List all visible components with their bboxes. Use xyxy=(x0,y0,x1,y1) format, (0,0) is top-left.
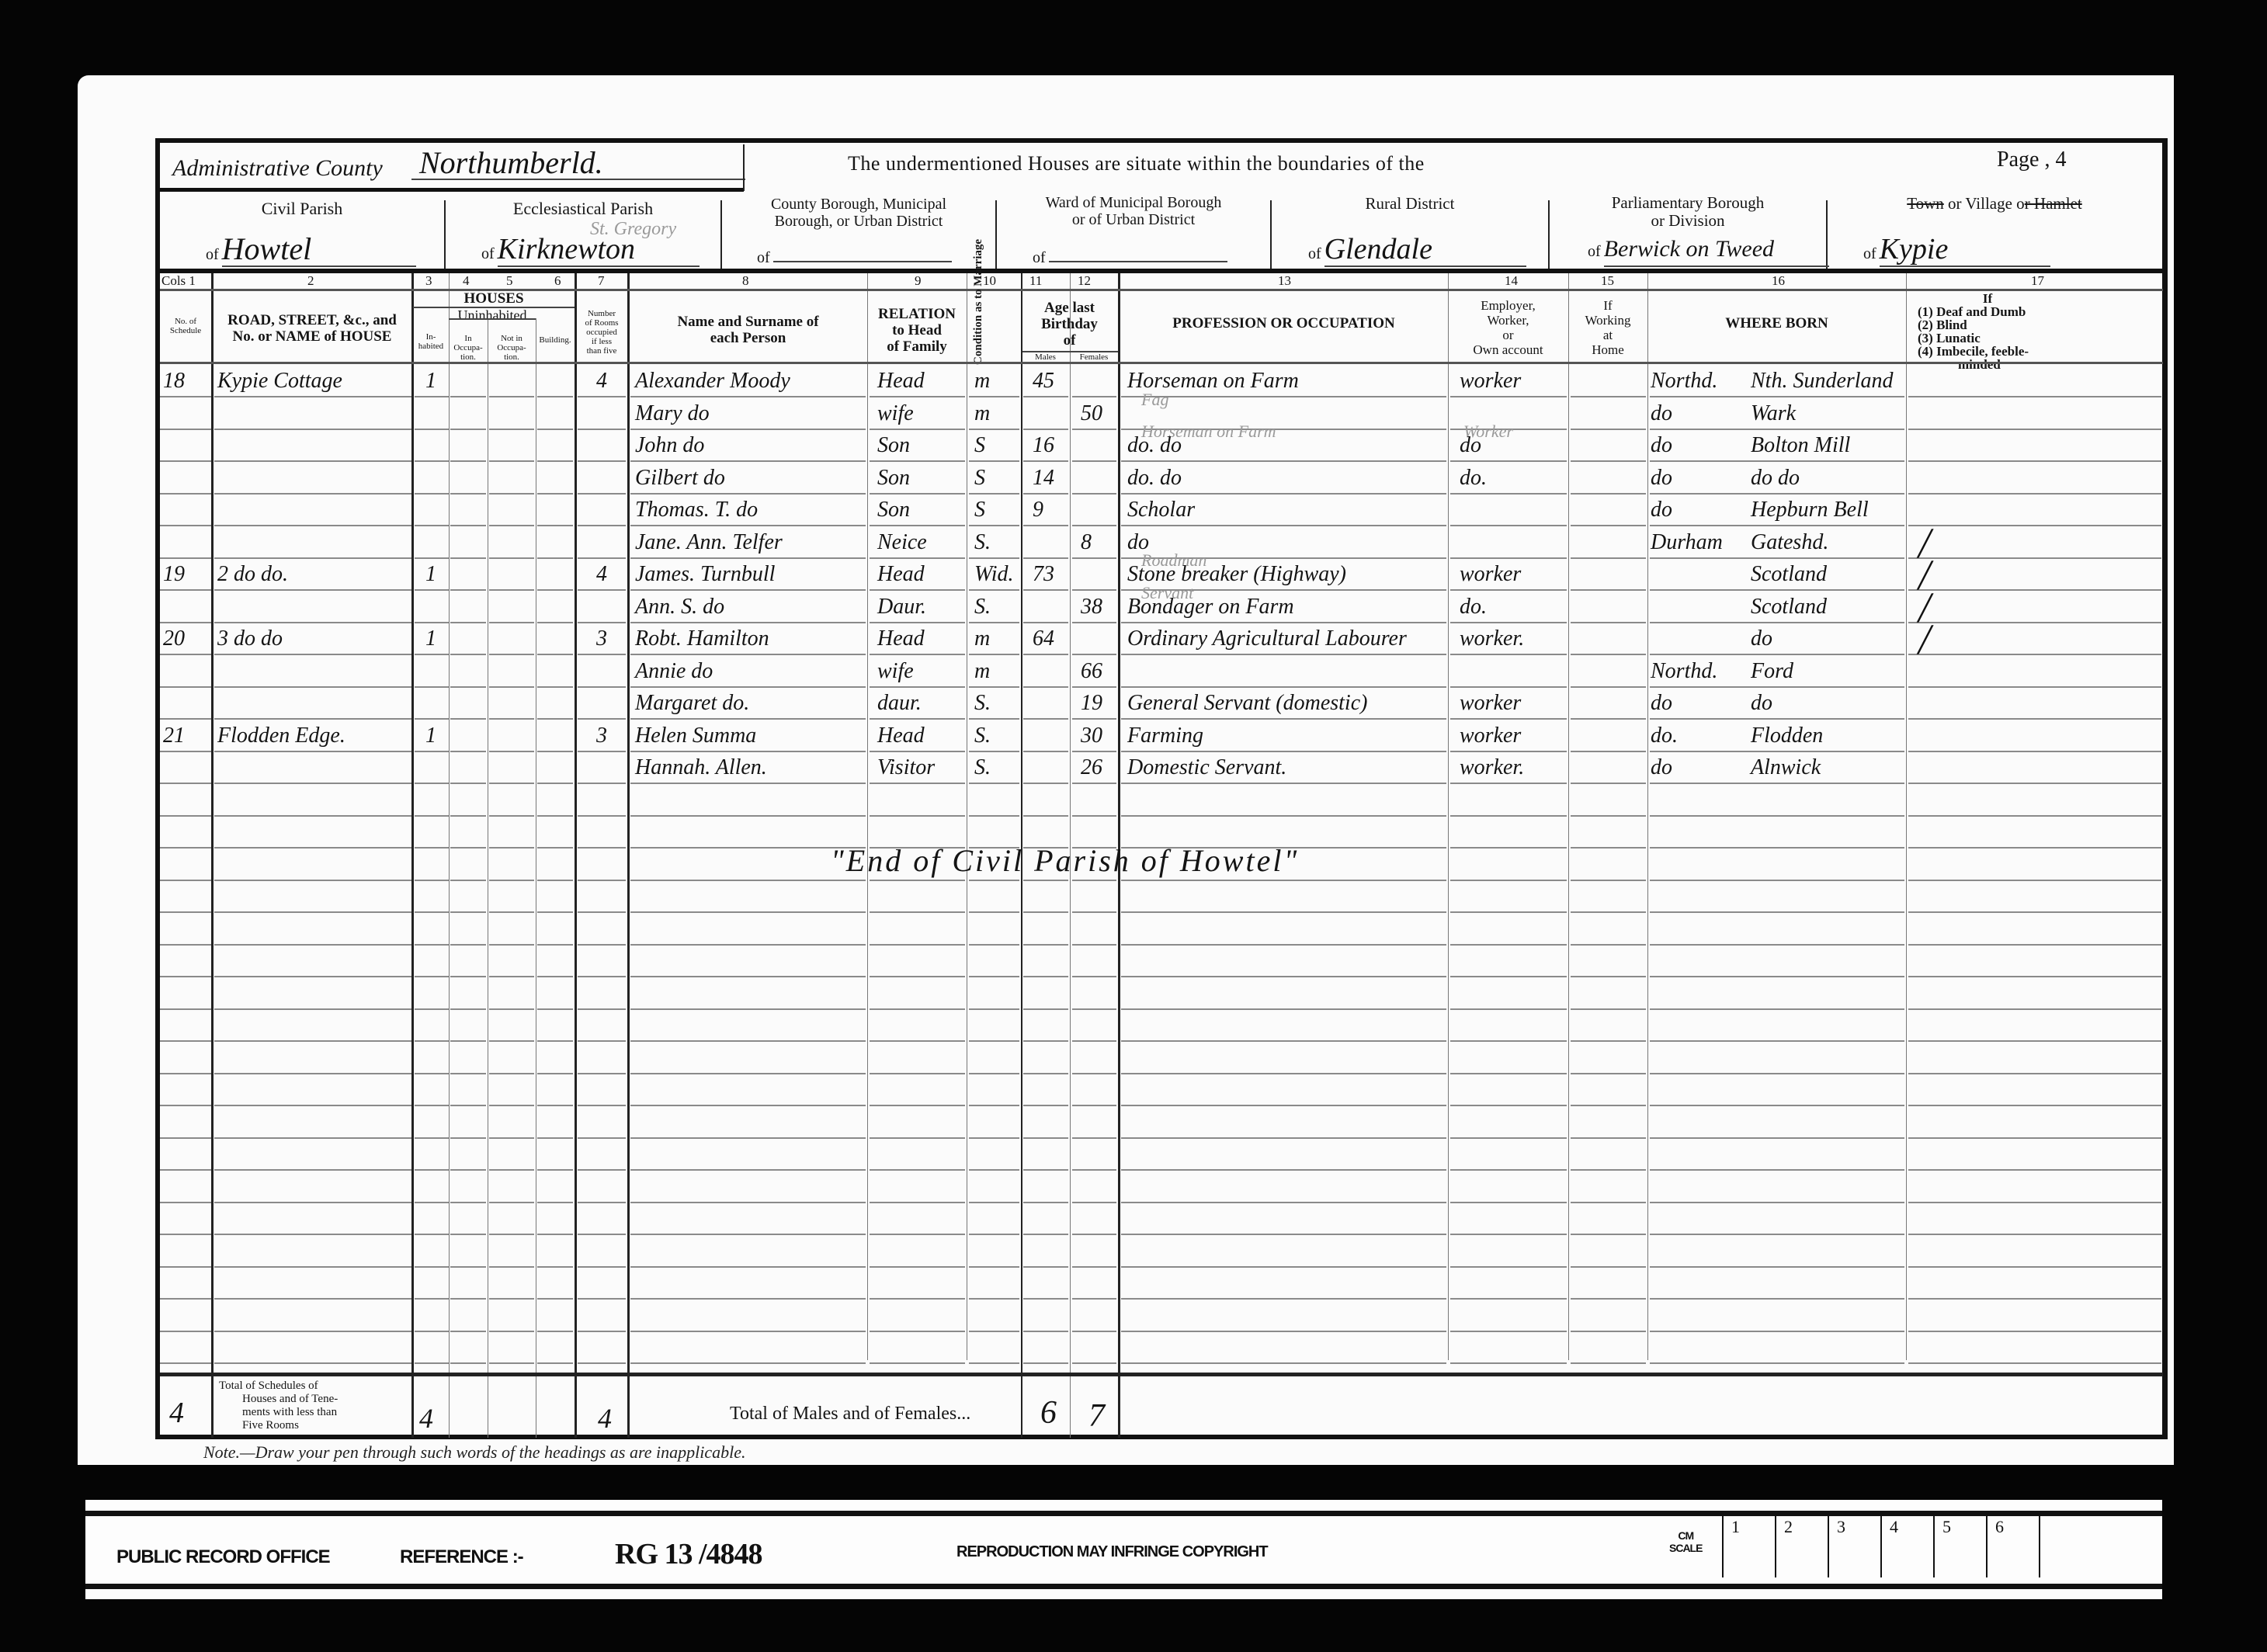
ruled-line xyxy=(1650,911,1904,913)
ruled-line xyxy=(214,880,411,881)
parliamentary-borough-field: of Berwick on Tweed xyxy=(1588,233,1829,267)
county-borough-value xyxy=(773,241,952,262)
ruled-line xyxy=(1908,815,2161,817)
ruled-line xyxy=(415,976,449,977)
ruled-line xyxy=(630,976,866,977)
ruled-line xyxy=(1072,1137,1116,1139)
ruled-line xyxy=(969,1362,1019,1364)
born-place: Hepburn Bell xyxy=(1751,497,1869,523)
ruled-line xyxy=(969,815,1019,817)
ruled-line xyxy=(630,1298,866,1300)
ruled-line xyxy=(1908,976,2161,977)
footer-reference: RG 13 /4848 xyxy=(615,1537,762,1571)
archive-footer: PUBLIC RECORD OFFICE REFERENCE :- RG 13 … xyxy=(85,1500,2162,1599)
heading-relation: RELATION to Head of Family xyxy=(867,306,967,355)
condition: m xyxy=(974,658,990,685)
end-of-parish-note: "End of Civil Parish of Howtel" xyxy=(831,842,1299,879)
ruled-line xyxy=(1650,1105,1904,1106)
ruled-line xyxy=(969,1008,1019,1010)
ruled-line xyxy=(1908,1105,2161,1106)
occupation: General Servant (domestic) xyxy=(1127,690,1367,717)
ruled-line xyxy=(537,1331,573,1332)
relation: wife xyxy=(877,658,914,685)
ruled-line xyxy=(1121,815,1446,817)
ruled-line xyxy=(537,815,573,817)
ruled-line xyxy=(1571,815,1646,817)
town-village-value: Kypie xyxy=(1880,233,2050,267)
ruled-line xyxy=(214,1331,411,1332)
ruled-line xyxy=(489,847,534,849)
ruled-line xyxy=(1450,1234,1567,1235)
admin-county-label: Administrative County xyxy=(172,155,383,182)
relation: wife xyxy=(877,401,914,427)
ruled-line xyxy=(578,944,626,946)
born-place: Wark xyxy=(1751,401,1796,427)
ruled-line xyxy=(1908,1040,2161,1042)
ruled-line xyxy=(415,847,449,849)
person-name: John do xyxy=(635,432,704,459)
ruled-line xyxy=(1571,1266,1646,1268)
ruled-line xyxy=(630,880,866,881)
ruled-line xyxy=(160,1137,211,1139)
total-inhabited: 4 xyxy=(419,1402,433,1435)
ruled-line xyxy=(214,1073,411,1074)
ruled-line xyxy=(1023,944,1068,946)
ruled-line xyxy=(537,1169,573,1171)
ruled-line xyxy=(969,1331,1019,1332)
ruled-line xyxy=(1650,944,1904,946)
ruled-line xyxy=(1450,1298,1567,1300)
ruled-line xyxy=(415,1266,449,1268)
ruled-line xyxy=(537,1073,573,1074)
ruled-line xyxy=(415,1202,449,1203)
person-name: James. Turnbull xyxy=(635,561,775,588)
ruled-line xyxy=(1072,1105,1116,1106)
heading-houses: HOUSES xyxy=(413,290,575,307)
ruled-line xyxy=(214,1008,411,1010)
condition: S. xyxy=(974,690,991,717)
relation: Head xyxy=(877,723,925,749)
ruled-line xyxy=(1121,1298,1446,1300)
ruled-line xyxy=(870,911,965,913)
total-rooms: 4 xyxy=(598,1402,612,1435)
ruled-line xyxy=(870,976,965,977)
ruled-line xyxy=(537,1362,573,1364)
ruled-line xyxy=(578,815,626,817)
person-name: Hannah. Allen. xyxy=(635,755,767,781)
ruled-line xyxy=(450,911,486,913)
ruled-line xyxy=(578,1040,626,1042)
ruled-line xyxy=(1450,1331,1567,1332)
ruled-line xyxy=(1650,1202,1904,1203)
person-name: Annie do xyxy=(635,658,713,685)
person-name: Margaret do. xyxy=(635,690,749,717)
ruled-line xyxy=(969,1234,1019,1235)
ruled-line xyxy=(969,976,1019,977)
ruled-line xyxy=(489,1202,534,1203)
ruled-line xyxy=(969,1040,1019,1042)
employment: worker. xyxy=(1460,626,1524,652)
ruled-line xyxy=(1121,1234,1446,1235)
ruled-line xyxy=(450,1105,486,1106)
ruled-line xyxy=(1450,880,1567,881)
ruled-line xyxy=(415,1362,449,1364)
table-row: 20 3 do do 1 3 Robt. Hamilton Head m 64 … xyxy=(0,626,2267,658)
ruled-line xyxy=(578,1331,626,1332)
scale-box: 3 xyxy=(1828,1515,1882,1577)
relation: Daur. xyxy=(877,594,926,620)
ruled-line xyxy=(630,1266,866,1268)
ruled-line xyxy=(870,1266,965,1268)
ruled-line xyxy=(870,1040,965,1042)
schedule-number: 21 xyxy=(163,723,185,749)
ruled-line xyxy=(450,847,486,849)
ruled-line xyxy=(1023,1169,1068,1171)
ruled-line xyxy=(969,1137,1019,1139)
ruled-line xyxy=(1450,1073,1567,1074)
ruled-line xyxy=(1450,944,1567,946)
ruled-line xyxy=(1121,976,1446,977)
ruled-line xyxy=(1908,1234,2161,1235)
ruled-line xyxy=(1650,1234,1904,1235)
ruled-line xyxy=(214,815,411,817)
ruled-line xyxy=(489,1169,534,1171)
ruled-line xyxy=(578,1234,626,1235)
ruled-line xyxy=(1650,1331,1904,1332)
born-place: Gateshd. xyxy=(1751,529,1828,556)
ruled-line xyxy=(450,1234,486,1235)
ruled-line xyxy=(1650,815,1904,817)
table-row: 21 Flodden Edge. 1 3 Helen Summa Head S.… xyxy=(0,723,2267,755)
table-row: 19 2 do do. 1 4 James. Turnbull Head Wid… xyxy=(0,561,2267,593)
table-row: Ann. S. do Daur. S. 38 Servant Bondager … xyxy=(0,594,2267,626)
heading-building: Building. xyxy=(536,335,575,345)
employment: worker xyxy=(1460,561,1521,588)
ruled-line xyxy=(537,976,573,977)
employment: do. xyxy=(1460,465,1487,491)
born-county: do xyxy=(1651,755,1672,781)
footer-scale-label: CM SCALE xyxy=(1669,1529,1702,1554)
schedule-number: 18 xyxy=(163,368,185,394)
civil-parish-value: Howtel xyxy=(222,233,416,267)
ruled-line xyxy=(578,911,626,913)
ruled-line xyxy=(870,1137,965,1139)
ruled-line xyxy=(1650,1169,1904,1171)
scale-box: 6 xyxy=(1986,1515,2040,1577)
heading-age-females: Females xyxy=(1070,352,1118,362)
ruled-line xyxy=(1650,1266,1904,1268)
employment: worker xyxy=(1460,690,1521,717)
divider xyxy=(160,1373,2163,1376)
ruled-line xyxy=(1121,1202,1446,1203)
county-borough-field: of xyxy=(757,241,952,267)
person-name: Jane. Ann. Telfer xyxy=(635,529,783,556)
ruled-line xyxy=(1571,976,1646,977)
table-row: John do Son S 16 Horseman on Farm do. do… xyxy=(0,432,2267,464)
heading-infirmity: If (1) Deaf and Dumb (2) Blind (3) Lunat… xyxy=(1918,292,2158,371)
inhabited: 1 xyxy=(425,723,436,749)
ruled-line xyxy=(1450,815,1567,817)
ruled-line xyxy=(489,1040,534,1042)
age-female: 8 xyxy=(1081,529,1092,556)
ruled-line xyxy=(160,1073,211,1074)
relation: Son xyxy=(877,465,910,491)
relation: Neice xyxy=(877,529,927,556)
born-place: do do xyxy=(1751,465,1800,491)
ruled-line xyxy=(1072,1008,1116,1010)
ruled-line xyxy=(1450,1105,1567,1106)
ruled-line xyxy=(1571,880,1646,881)
footer-copyright: REPRODUCTION MAY INFRINGE COPYRIGHT xyxy=(956,1543,1268,1561)
ruled-line xyxy=(214,1362,411,1364)
ruled-line xyxy=(1072,1073,1116,1074)
ruled-line xyxy=(160,1331,211,1332)
ruled-line xyxy=(489,911,534,913)
ruled-line xyxy=(214,847,411,849)
occupation: Bondager on Farm xyxy=(1127,594,1294,620)
ruled-line xyxy=(537,1234,573,1235)
ruled-line xyxy=(578,976,626,977)
parliamentary-borough-label: Parliamentary Borough or Division xyxy=(1550,194,1826,230)
ruled-line xyxy=(489,1105,534,1106)
ruled-line xyxy=(537,944,573,946)
ruled-line xyxy=(415,1331,449,1332)
ruled-line xyxy=(1908,1073,2161,1074)
person-name: Robt. Hamilton xyxy=(635,626,769,652)
ruled-line xyxy=(214,1298,411,1300)
condition: m xyxy=(974,368,990,394)
ruled-line xyxy=(537,1040,573,1042)
ruled-line xyxy=(214,944,411,946)
ruled-line xyxy=(415,1169,449,1171)
ruled-line xyxy=(870,1234,965,1235)
rooms: 4 xyxy=(596,561,607,588)
ruled-line xyxy=(1023,976,1068,977)
ruled-line xyxy=(578,1008,626,1010)
ruled-line xyxy=(1908,1298,2161,1300)
ruled-line xyxy=(1023,1331,1068,1332)
table-row: 18 Kypie Cottage 1 4 Alexander Moody Hea… xyxy=(0,368,2267,400)
ruled-line xyxy=(1908,847,2161,849)
ruled-line xyxy=(870,1008,965,1010)
ruled-line xyxy=(489,880,534,881)
ruled-line xyxy=(969,944,1019,946)
ruled-line xyxy=(415,1137,449,1139)
ruled-line xyxy=(160,1298,211,1300)
ruled-line xyxy=(578,1137,626,1139)
age-female: 50 xyxy=(1081,401,1102,427)
ruled-line xyxy=(630,1040,866,1042)
parliamentary-borough-value: Berwick on Tweed xyxy=(1604,233,1829,267)
condition: m xyxy=(974,401,990,427)
born-county: do xyxy=(1651,465,1672,491)
rural-district-label: Rural District xyxy=(1272,194,1548,213)
table-row: Gilbert do Son S 14 do. do do. do do do xyxy=(0,465,2267,497)
divider xyxy=(449,318,536,320)
ruled-line xyxy=(1072,1362,1116,1364)
ruled-line xyxy=(1571,1008,1646,1010)
ruled-line xyxy=(415,1234,449,1235)
divider xyxy=(743,144,745,191)
ruled-line xyxy=(1023,1362,1068,1364)
scale-tick: 2 xyxy=(1784,1518,1793,1536)
scale-box: 2 xyxy=(1775,1515,1829,1577)
ruled-line xyxy=(1571,1202,1646,1203)
person-name: Ann. S. do xyxy=(635,594,724,620)
ruled-line xyxy=(1908,1202,2161,1203)
infirmity-check-icon: ╱ xyxy=(1918,627,1932,652)
ruled-line xyxy=(1450,976,1567,977)
ruled-line xyxy=(1650,1362,1904,1364)
occupation: Domestic Servant. xyxy=(1127,755,1286,781)
ruled-line xyxy=(1121,1137,1446,1139)
born-place: Ford xyxy=(1751,658,1793,685)
age-female: 66 xyxy=(1081,658,1102,685)
ruled-line xyxy=(1121,1331,1446,1332)
condition: S. xyxy=(974,755,991,781)
born-county: Northd. xyxy=(1651,658,1717,685)
ruled-line xyxy=(870,1331,965,1332)
ruled-line xyxy=(1023,1234,1068,1235)
born-county: do xyxy=(1651,432,1672,459)
born-place: do xyxy=(1751,690,1772,717)
ruled-line xyxy=(537,1266,573,1268)
ruled-line xyxy=(160,1234,211,1235)
ecclesiastical-parish-field: of Kirknewton xyxy=(481,233,714,267)
ruled-line xyxy=(1650,847,1904,849)
relation: Head xyxy=(877,561,925,588)
ruled-line xyxy=(1450,1362,1567,1364)
condition: Wid. xyxy=(974,561,1014,588)
ruled-line xyxy=(1450,1040,1567,1042)
ruled-line xyxy=(1121,880,1446,881)
ruled-line xyxy=(1650,976,1904,977)
ruled-line xyxy=(1023,1266,1068,1268)
scale-tick: 3 xyxy=(1837,1518,1845,1536)
employment: worker xyxy=(1460,723,1521,749)
column-numbers-row: Cols 1 2 3 4 5 6 7 8 9 10 11 12 13 14 15… xyxy=(160,273,2163,289)
ruled-line xyxy=(870,1073,965,1074)
ruled-line xyxy=(415,1073,449,1074)
employment: do. xyxy=(1460,594,1487,620)
scale-tick: 1 xyxy=(1731,1518,1740,1536)
ruled-line xyxy=(160,1105,211,1106)
person-name: Thomas. T. do xyxy=(635,497,758,523)
ruled-line xyxy=(630,944,866,946)
ruled-line xyxy=(537,911,573,913)
heading-inhabited: In- habited xyxy=(413,332,449,351)
ruled-line xyxy=(450,1266,486,1268)
ruled-line xyxy=(450,1073,486,1074)
infirmity-check-icon: ╱ xyxy=(1918,531,1932,556)
ruled-line xyxy=(1571,1298,1646,1300)
table-row: Mary do wife m 50 Fag do Wark xyxy=(0,401,2267,432)
ruled-line xyxy=(1121,944,1446,946)
ecclesiastical-parish-value: Kirknewton xyxy=(498,233,700,267)
address: 2 do do. xyxy=(217,561,288,588)
ruled-line xyxy=(450,1362,486,1364)
ruled-line xyxy=(1023,880,1068,881)
ruled-line xyxy=(1908,1331,2161,1332)
county-borough-label: County Borough, Municipal Borough, or Ur… xyxy=(722,196,995,230)
relation: Son xyxy=(877,497,910,523)
ruled-line xyxy=(450,944,486,946)
ruled-line xyxy=(415,911,449,913)
ruled-line xyxy=(1908,880,2161,881)
ruled-line xyxy=(1023,911,1068,913)
ruled-line xyxy=(160,944,211,946)
ruled-line xyxy=(415,1040,449,1042)
town-village-label: Town or Village or Hamlet xyxy=(1828,194,2161,213)
ruled-line xyxy=(1908,1169,2161,1171)
rural-district-value: Glendale xyxy=(1324,233,1526,267)
ward-field: of xyxy=(1033,241,1227,267)
born-county: do. xyxy=(1651,723,1678,749)
page-number: 4 xyxy=(2055,147,2066,172)
ruled-line xyxy=(578,847,626,849)
ruled-line xyxy=(489,976,534,977)
ruled-line xyxy=(1908,911,2161,913)
ruled-line xyxy=(630,1169,866,1171)
born-county: do xyxy=(1651,690,1672,717)
scale-box: 5 xyxy=(1933,1515,1988,1577)
ruled-line xyxy=(1072,911,1116,913)
ward-value xyxy=(1049,241,1227,262)
ruled-line xyxy=(578,1105,626,1106)
footer-reference-label: REFERENCE :- xyxy=(400,1546,523,1568)
ruled-line xyxy=(1650,1008,1904,1010)
ruled-line xyxy=(1650,1298,1904,1300)
heading-in-occupation: In Occupa- tion. xyxy=(449,334,488,362)
footer-office: PUBLIC RECORD OFFICE xyxy=(116,1546,330,1568)
ruled-line xyxy=(1072,815,1116,817)
ruled-line xyxy=(630,1331,866,1332)
scale-tick: 6 xyxy=(1995,1518,2004,1536)
scale-box: 4 xyxy=(1880,1515,1935,1577)
ruled-line xyxy=(489,1298,534,1300)
ruled-line xyxy=(1072,1331,1116,1332)
divider xyxy=(160,188,744,192)
ruled-line xyxy=(969,1202,1019,1203)
ruled-line xyxy=(1121,1040,1446,1042)
born-place: Alnwick xyxy=(1751,755,1821,781)
ruled-line xyxy=(1023,1137,1068,1139)
ruled-line xyxy=(870,1202,965,1203)
ruled-line xyxy=(1121,1362,1446,1364)
ruled-line xyxy=(160,911,211,913)
ruled-line xyxy=(160,1040,211,1042)
ruled-line xyxy=(450,880,486,881)
ruled-line xyxy=(1450,1137,1567,1139)
heading-employment: Employer, Worker, or Own account xyxy=(1448,298,1568,357)
ruled-line xyxy=(578,1073,626,1074)
ruled-line xyxy=(1072,1202,1116,1203)
ruled-line xyxy=(450,1298,486,1300)
rural-district-field: of Glendale xyxy=(1308,233,1526,267)
ruled-line xyxy=(1023,1073,1068,1074)
ruled-line xyxy=(1908,1266,2161,1268)
ruled-line xyxy=(450,1040,486,1042)
ruled-line xyxy=(214,976,411,977)
ruled-line xyxy=(870,1298,965,1300)
ruled-line xyxy=(1121,1105,1446,1106)
age-female: 26 xyxy=(1081,755,1102,781)
ruled-line xyxy=(214,1137,411,1139)
ruled-line xyxy=(578,1202,626,1203)
ruled-line xyxy=(1450,1008,1567,1010)
ruled-line xyxy=(969,880,1019,881)
schedule-number: 19 xyxy=(163,561,185,588)
